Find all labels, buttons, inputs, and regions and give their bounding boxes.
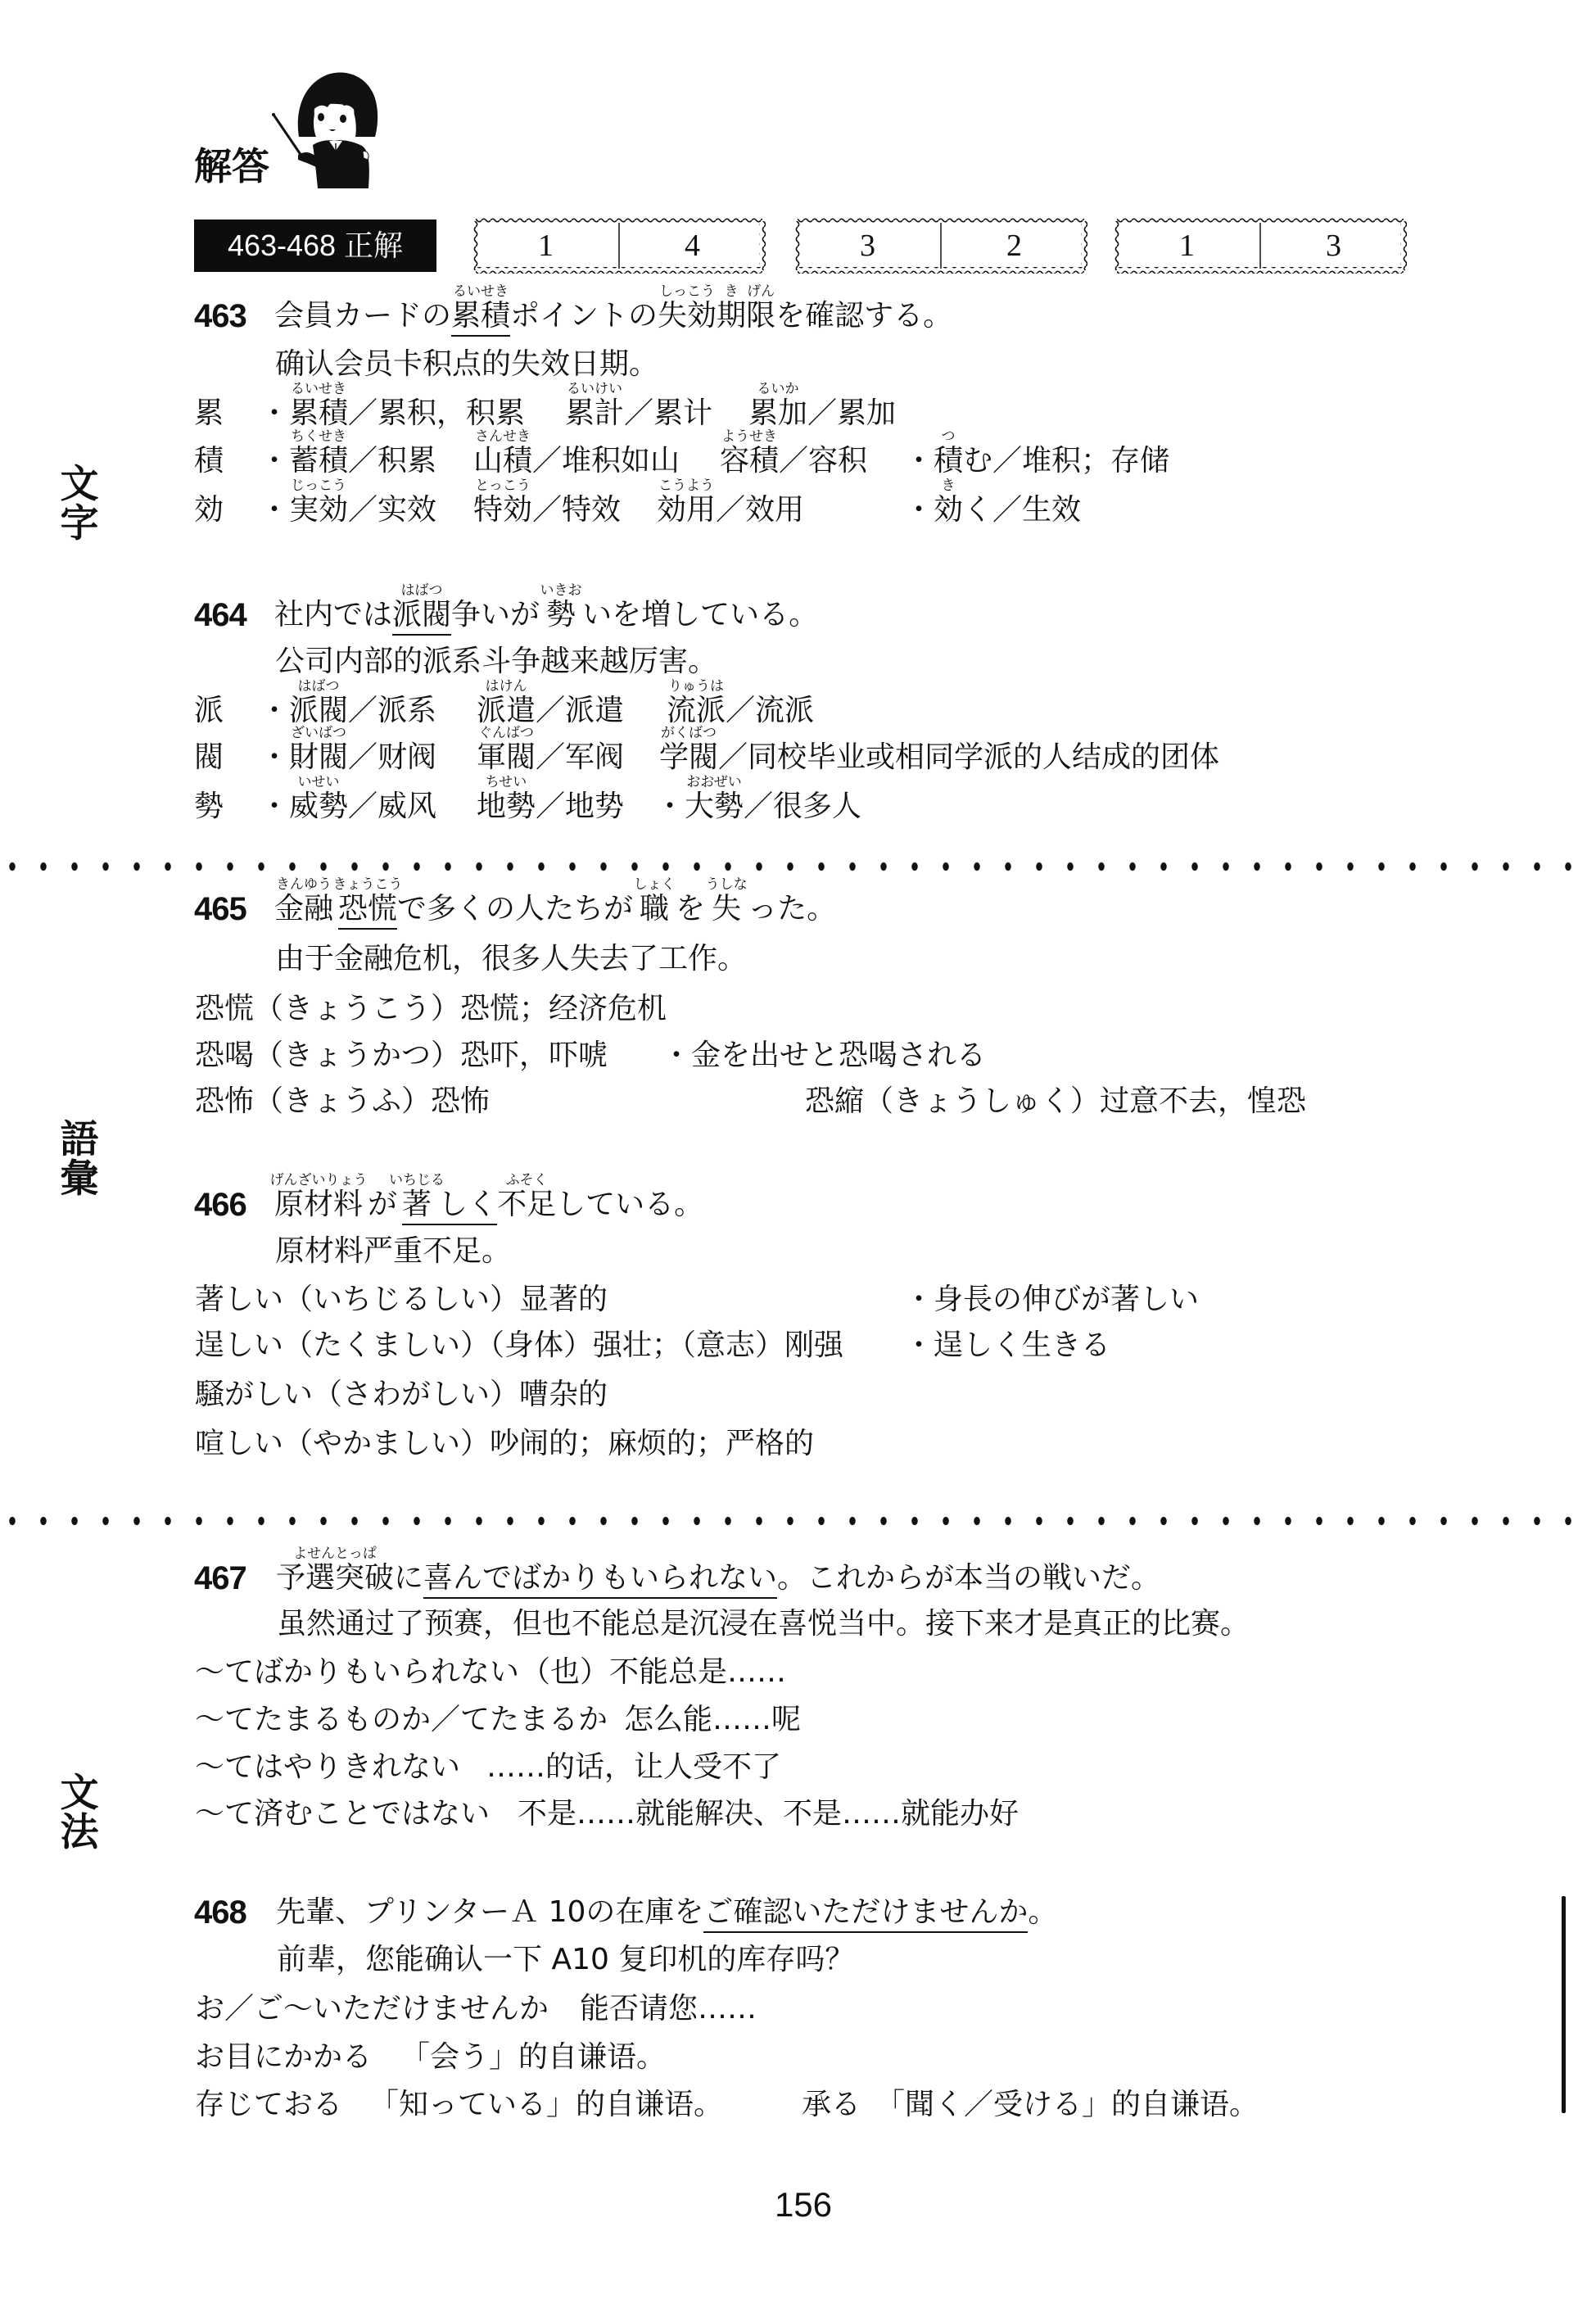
ruby-reading: きょうこう bbox=[333, 878, 403, 892]
ruby-reading: き bbox=[942, 479, 956, 493]
sentence-text: 先輩、プリンターＡ 10の在庫を bbox=[276, 1898, 703, 1927]
ruby-word: 蓄積ちくせき bbox=[289, 446, 348, 476]
ruby-reading: さんせき bbox=[475, 430, 531, 444]
sentence-text: に bbox=[394, 1564, 423, 1593]
meaning: ／财阀 bbox=[348, 743, 436, 772]
meaning: ／流派 bbox=[726, 696, 814, 726]
ruby-word: 大勢おおぜい bbox=[685, 792, 744, 822]
answer-468: 3 bbox=[1260, 217, 1407, 274]
row-kanji-label: 積 bbox=[194, 446, 224, 476]
page-number: 156 bbox=[0, 2187, 1596, 2223]
note-example: ・金を出せと恐喝される bbox=[662, 1041, 986, 1070]
vocab-item: 容積ようせき ／容积 bbox=[720, 446, 867, 476]
ruby-word: 軍閥ぐんばつ bbox=[477, 743, 536, 772]
ruby-reading: ちせい bbox=[486, 776, 527, 790]
note-example: ・逞しく生きる bbox=[904, 1331, 1110, 1360]
question-sentence: 原材料げんざいりょう が 著いちじるしく 不足ふそく している。 bbox=[274, 1190, 703, 1220]
ruby-reading: はばつ bbox=[298, 680, 340, 694]
meaning: ／军阀 bbox=[536, 743, 624, 772]
ruby-word: 限げん bbox=[746, 301, 775, 331]
bullet: ・ bbox=[260, 792, 289, 822]
sentence-text: を確認する。 bbox=[775, 301, 952, 331]
page-title: 解答 bbox=[194, 146, 269, 187]
meaning: む／堆积；存储 bbox=[963, 446, 1169, 476]
vocab-item: ・ 財閥ざいばつ ／财阀 bbox=[260, 743, 436, 772]
ruby-word: 積つ bbox=[934, 446, 963, 476]
ruby-reading: るいけい bbox=[567, 382, 622, 396]
translation: 虽然通过了预赛，但也不能总是沉浸在喜悦当中。接下来才是真正的比赛。 bbox=[277, 1609, 1250, 1639]
row-kanji-label: 累 bbox=[194, 399, 224, 428]
question-number: 467 bbox=[194, 1564, 246, 1593]
meaning: ／同校毕业或相同学派的人结成的团体 bbox=[718, 743, 1219, 772]
target-word: 著いちじるしく bbox=[402, 1190, 497, 1225]
ruby-word: 実効じっこう bbox=[289, 496, 348, 525]
answer-466: 2 bbox=[941, 217, 1087, 274]
vocab-item: 累加るいか ／累加 bbox=[748, 399, 896, 428]
note-term: 恐慌（きょうこう）恐慌；经济危机 bbox=[195, 994, 667, 1024]
question-number: 463 bbox=[194, 301, 246, 331]
ruby-base: 派閥 bbox=[392, 598, 451, 631]
question-number: 468 bbox=[194, 1898, 246, 1927]
answer-key-group: 1 4 bbox=[472, 217, 766, 274]
bullet: ・ bbox=[260, 743, 289, 772]
note-meaning: 能否请您…… bbox=[580, 1994, 757, 2024]
meaning: ／威风 bbox=[348, 792, 436, 822]
vocab-item: ・ 蓄積ちくせき ／积累 bbox=[260, 446, 436, 476]
bullet: ・ bbox=[260, 399, 289, 428]
ruby-reading: るいせき bbox=[453, 285, 509, 299]
bullet: ・ bbox=[655, 792, 685, 822]
ruby-base: 失 bbox=[712, 892, 741, 926]
dotted-divider bbox=[0, 1516, 1596, 1526]
ruby-base: 効 bbox=[934, 493, 963, 527]
ruby-word: 予選突破よせんとっぱ bbox=[276, 1564, 394, 1593]
answer-key-group: 1 3 bbox=[1114, 217, 1407, 274]
ruby-word: 容積ようせき bbox=[720, 446, 779, 476]
sentence-text: った。 bbox=[748, 894, 836, 924]
section-label-bunpo: 文法 bbox=[60, 1774, 99, 1853]
vocab-item: ・ 効き く／生效 bbox=[904, 496, 1081, 525]
sentence-text: で多くの人たちが bbox=[397, 894, 633, 924]
target-expression: ご確認いただけませんか bbox=[703, 1898, 1028, 1933]
ruby-reading: こうよう bbox=[658, 479, 714, 493]
translation: 由于金融危机，很多人失去了工作。 bbox=[275, 944, 747, 974]
answer-464: 4 bbox=[619, 217, 766, 274]
ruby-word: 金融きんゆう bbox=[274, 894, 333, 924]
ruby-base: 期 bbox=[717, 299, 746, 333]
sentence-text: 会員カードの bbox=[274, 301, 451, 331]
meaning: ／很多人 bbox=[744, 792, 861, 822]
note-term: ～てはやりきれない bbox=[195, 1753, 460, 1782]
meaning: ／堆积如山 bbox=[532, 446, 680, 476]
ruby-base: 失効 bbox=[658, 299, 717, 333]
note-term: 喧しい（やかましい）吵闹的；麻烦的；严格的 bbox=[195, 1429, 814, 1459]
note-related-term: 恐縮（きょうしゅく）过意不去，惶恐 bbox=[805, 1087, 1306, 1116]
meaning: ／特效 bbox=[532, 496, 621, 525]
ruby-reading: はばつ bbox=[401, 584, 443, 598]
sentence-text: 。これからが本当の戦いだ。 bbox=[777, 1564, 1160, 1593]
ruby-word: 職しょく bbox=[640, 894, 669, 924]
note-term: 恐喝（きょうかつ）恐吓，吓唬 bbox=[195, 1041, 608, 1070]
okurigana: しく bbox=[438, 1190, 497, 1220]
ruby-reading: りゅうは bbox=[668, 680, 724, 694]
note-meaning: （也）不能总是…… bbox=[521, 1658, 786, 1687]
note-meaning: 「知っている」的自谦语。 bbox=[369, 2090, 723, 2120]
ruby-reading: とっこう bbox=[475, 479, 531, 493]
vocab-item: ・ 派閥はばつ ／派系 bbox=[260, 696, 436, 726]
ruby-reading: いちじる bbox=[389, 1174, 445, 1188]
vocab-item: 地勢ちせい ／地势 bbox=[477, 792, 624, 822]
ruby-word: 効用こうよう bbox=[657, 496, 716, 525]
ruby-word: 特効とっこう bbox=[473, 496, 532, 525]
sentence-text: 争いが bbox=[451, 600, 540, 630]
ruby-reading: しょく bbox=[634, 878, 676, 892]
ruby-word: 原材料げんざいりょう bbox=[274, 1190, 363, 1220]
bullet: ・ bbox=[904, 496, 934, 525]
note-term: ～てばかりもいられない bbox=[195, 1658, 519, 1687]
question-number: 466 bbox=[194, 1190, 246, 1220]
ruby-reading: ぐんばつ bbox=[478, 726, 534, 740]
ruby-word: 失効しっこう bbox=[658, 301, 717, 331]
dotted-divider bbox=[0, 862, 1596, 871]
meaning: ／容积 bbox=[779, 446, 867, 476]
note-meaning: 「会う」的自谦语。 bbox=[400, 2043, 666, 2072]
ruby-reading: はけん bbox=[486, 680, 527, 694]
ruby-word: 期き bbox=[717, 301, 746, 331]
ruby-word: 著いちじる bbox=[402, 1190, 432, 1220]
ruby-word: 累計るいけい bbox=[565, 399, 624, 428]
ruby-base: 著 bbox=[402, 1188, 432, 1221]
ruby-base: 累積 bbox=[289, 396, 348, 430]
note-meaning: ……的话，让人受不了 bbox=[486, 1753, 781, 1782]
translation: 原材料严重不足。 bbox=[275, 1237, 511, 1266]
ruby-base: 派閥 bbox=[289, 694, 348, 727]
ruby-base: 特効 bbox=[473, 493, 532, 527]
meaning: ／派系 bbox=[348, 696, 436, 726]
ruby-word: 効き bbox=[934, 496, 963, 525]
row-kanji-label: 効 bbox=[194, 496, 224, 525]
teacher-mascot-icon bbox=[270, 70, 385, 192]
ruby-base: 派遣 bbox=[477, 694, 536, 727]
ruby-reading: しっこう bbox=[659, 285, 715, 299]
note-term: 逞しい（たくましい）（身体）强壮；（意志）刚强 bbox=[195, 1331, 843, 1360]
ruby-base: 大勢 bbox=[685, 790, 744, 823]
ruby-base: 不足 bbox=[497, 1188, 556, 1221]
note-term: 著しい（いちじるしい）显著的 bbox=[195, 1285, 608, 1315]
vocab-item: 累計るいけい ／累计 bbox=[565, 399, 712, 428]
note-meaning: 不是……就能解决、不是……就能办好 bbox=[518, 1799, 1019, 1829]
question-number: 465 bbox=[194, 894, 246, 924]
ruby-word: 山積さんせき bbox=[473, 446, 532, 476]
ruby-word: 勢いきお bbox=[546, 600, 576, 630]
answer-467: 1 bbox=[1114, 217, 1260, 274]
ruby-reading: うしな bbox=[706, 878, 748, 892]
ruby-word: 累積るいせき bbox=[289, 399, 348, 428]
question-sentence: 社内では 派閥はばつ 争いが 勢いきお いを増している。 bbox=[274, 600, 818, 630]
ruby-reading: ようせき bbox=[721, 430, 777, 444]
note-example: ・身長の伸びが著しい bbox=[904, 1285, 1199, 1315]
ruby-base: 職 bbox=[640, 892, 669, 926]
ruby-base: 累加 bbox=[748, 396, 807, 430]
bullet: ・ bbox=[260, 696, 289, 726]
meaning: ／累积，积累 bbox=[348, 399, 525, 428]
ruby-base: 山積 bbox=[473, 444, 532, 478]
ruby-base: 原材料 bbox=[274, 1188, 363, 1221]
translation: 确认会员卡积点的失效日期。 bbox=[275, 350, 658, 379]
vocab-item: ・ 積つ む／堆积；存储 bbox=[904, 446, 1169, 476]
ruby-reading: げん bbox=[747, 285, 775, 299]
translation: 前辈，您能确认一下 A10 复印机的库存吗？ bbox=[277, 1945, 854, 1975]
question-sentence: 予選突破よせんとっぱ に 喜んでばかりもいられない 。これからが本当の戦いだ。 bbox=[276, 1564, 1160, 1593]
ruby-base: 金融 bbox=[274, 892, 333, 926]
note-term: 騒がしい（さわがしい）嘈杂的 bbox=[195, 1380, 608, 1410]
note-term: 承る bbox=[802, 2090, 861, 2120]
section-label-moji: 文字 bbox=[60, 465, 99, 544]
sentence-text: が bbox=[368, 1190, 397, 1220]
ruby-word: 派遣はけん bbox=[477, 696, 536, 726]
meaning: ／实效 bbox=[348, 496, 436, 525]
ruby-base: 勢 bbox=[546, 598, 576, 631]
sentence-text: を bbox=[676, 894, 705, 924]
ruby-base: 軍閥 bbox=[477, 740, 536, 774]
meaning: ／积累 bbox=[348, 446, 436, 476]
question-sentence: 会員カードの 累積るいせき ポイントの 失効しっこう 期き 限げん を確認する。 bbox=[274, 301, 952, 331]
question-sentence: 金融きんゆう 恐慌きょうこう で多くの人たちが 職しょく を 失うしな った。 bbox=[274, 894, 836, 924]
ruby-word: 流派りゅうは bbox=[667, 696, 726, 726]
meaning: ／地势 bbox=[536, 792, 624, 822]
vocab-item: ・ 累積るいせき ／累积，积累 bbox=[260, 399, 525, 428]
bullet: ・ bbox=[260, 446, 289, 476]
ruby-reading: き bbox=[725, 285, 739, 299]
ruby-word: 失うしな bbox=[712, 894, 741, 924]
answer-463: 1 bbox=[472, 217, 619, 274]
meaning: ／效用 bbox=[716, 496, 804, 525]
ruby-base: 累計 bbox=[565, 396, 624, 430]
meaning: く／生效 bbox=[963, 496, 1081, 525]
target-expression: 喜んでばかりもいられない bbox=[423, 1564, 777, 1599]
note-term: 恐怖（きょうふ）恐怖 bbox=[195, 1087, 490, 1116]
ruby-reading: おおぜい bbox=[686, 776, 742, 790]
ruby-base: 威勢 bbox=[289, 790, 348, 823]
ruby-reading: いせい bbox=[298, 776, 340, 790]
question-sentence: 先輩、プリンターＡ 10の在庫を ご確認いただけませんか 。 bbox=[276, 1898, 1057, 1927]
vocab-item: 山積さんせき ／堆积如山 bbox=[473, 446, 680, 476]
ruby-reading: つ bbox=[942, 430, 956, 444]
ruby-base: 効用 bbox=[657, 493, 716, 527]
ruby-reading: じっこう bbox=[291, 479, 346, 493]
meaning: ／累计 bbox=[624, 399, 712, 428]
scan-mark bbox=[1562, 1896, 1566, 2113]
note-term: ～てたまるものか／てたまるか bbox=[195, 1705, 608, 1735]
vocab-item: 派遣はけん ／派遣 bbox=[477, 696, 624, 726]
ruby-base: 積 bbox=[934, 444, 963, 478]
ruby-word: 累加るいか bbox=[748, 399, 807, 428]
ruby-reading: ちくせき bbox=[291, 430, 346, 444]
meaning: ／累加 bbox=[807, 399, 896, 428]
note-meaning: 怎么能……呢 bbox=[624, 1705, 801, 1735]
ruby-word: 財閥ざいばつ bbox=[289, 743, 348, 772]
ruby-base: 実効 bbox=[289, 493, 348, 527]
ruby-base: 地勢 bbox=[477, 790, 536, 823]
ruby-base: 予選突破 bbox=[276, 1561, 394, 1595]
question-number: 464 bbox=[194, 600, 246, 630]
ruby-reading: るいか bbox=[757, 382, 799, 396]
ruby-word: 学閥がくばつ bbox=[659, 743, 718, 772]
ruby-base: 流派 bbox=[667, 694, 726, 727]
row-kanji-label: 勢 bbox=[194, 792, 224, 822]
note-meaning: 「聞く／受ける」的自谦语。 bbox=[875, 2090, 1259, 2120]
ruby-reading: よせんとっぱ bbox=[293, 1547, 377, 1561]
meaning: ／派遣 bbox=[536, 696, 624, 726]
ruby-reading: るいせき bbox=[291, 382, 346, 396]
ruby-word: 派閥はばつ bbox=[289, 696, 348, 726]
ruby-reading: きんゆう bbox=[276, 878, 332, 892]
answer-key-label: 463-468 正解 bbox=[194, 220, 436, 272]
ruby-reading: ふそく bbox=[506, 1174, 548, 1188]
ruby-reading: がくばつ bbox=[661, 726, 717, 740]
ruby-base: 限 bbox=[746, 299, 775, 333]
sentence-text: 社内では bbox=[274, 600, 392, 630]
ruby-word: 不足ふそく bbox=[497, 1190, 556, 1220]
note-term: ～て済むことではない bbox=[195, 1799, 490, 1829]
sentence-text: している。 bbox=[556, 1190, 703, 1220]
target-word: 恐慌きょうこう bbox=[338, 894, 397, 930]
vocab-item: 特効とっこう ／特效 bbox=[473, 496, 621, 525]
answer-465: 3 bbox=[794, 217, 941, 274]
target-word: 派閥はばつ bbox=[392, 600, 451, 636]
note-term: お目にかかる bbox=[195, 2043, 372, 2072]
target-word: 累積るいせき bbox=[451, 301, 510, 337]
vocab-item: ・ 実効じっこう ／实效 bbox=[260, 496, 436, 525]
sentence-text: いを増している。 bbox=[582, 600, 818, 630]
vocab-item: 学閥がくばつ ／同校毕业或相同学派的人结成的团体 bbox=[659, 743, 1219, 772]
vocab-item: ・ 大勢おおぜい ／很多人 bbox=[655, 792, 861, 822]
vocab-item: 効用こうよう ／效用 bbox=[657, 496, 804, 525]
translation: 公司内部的派系斗争越来越厉害。 bbox=[275, 647, 717, 677]
note-term: お／ご～いただけませんか bbox=[195, 1994, 549, 2024]
note-term: 存じておる bbox=[195, 2090, 342, 2120]
vocab-item: 流派りゅうは ／流派 bbox=[667, 696, 814, 726]
ruby-reading: いきお bbox=[540, 584, 582, 598]
ruby-word: 威勢いせい bbox=[289, 792, 348, 822]
vocab-item: 軍閥ぐんばつ ／军阀 bbox=[477, 743, 624, 772]
section-label-goi: 語彙 bbox=[60, 1120, 99, 1199]
ruby-reading: げんざいりょう bbox=[270, 1174, 368, 1188]
answer-key-group: 3 2 bbox=[794, 217, 1087, 274]
vocab-item: ・ 威勢いせい ／威风 bbox=[260, 792, 436, 822]
sentence-text: ポイントの bbox=[510, 301, 658, 331]
ruby-base: 財閥 bbox=[289, 740, 348, 774]
ruby-reading: ざいばつ bbox=[291, 726, 346, 740]
ruby-base: 累積 bbox=[451, 299, 510, 333]
answer-page: 解答 463-468 正解 1 4 bbox=[0, 0, 1596, 2322]
bullet: ・ bbox=[260, 496, 289, 525]
ruby-base: 容積 bbox=[720, 444, 779, 478]
ruby-base: 蓄積 bbox=[289, 444, 348, 478]
ruby-base: 恐慌 bbox=[338, 892, 397, 926]
row-kanji-label: 閥 bbox=[194, 743, 224, 772]
bullet: ・ bbox=[904, 446, 934, 476]
ruby-base: 学閥 bbox=[659, 740, 718, 774]
row-kanji-label: 派 bbox=[194, 696, 224, 726]
ruby-word: 地勢ちせい bbox=[477, 792, 536, 822]
sentence-text: 。 bbox=[1028, 1898, 1057, 1927]
